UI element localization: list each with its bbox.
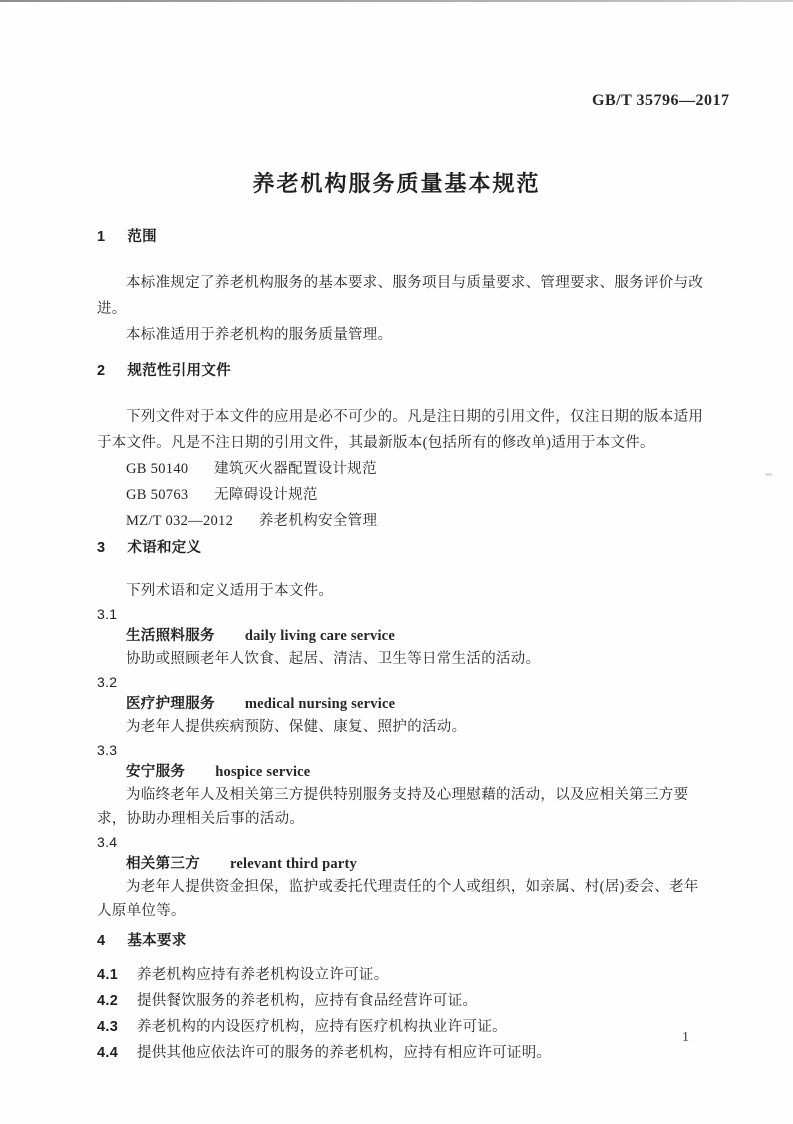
paragraph: 本标准规定了养老机构服务的基本要求、服务项目与质量要求、管理要求、服务评价与改进… (97, 270, 713, 322)
term-definition: 协助或照顾老年人饮食、起居、清洁、卫生等日常生活的活动。 (97, 647, 713, 671)
term-name: 生活照料服务 daily living care service (97, 625, 713, 647)
reference-title: 养老机构安全管理 (259, 513, 377, 529)
section-number: 2 (97, 362, 111, 380)
term-name-zh: 相关第三方 (126, 856, 200, 872)
scan-speck-artifact (765, 473, 772, 476)
reference-code: MZ/T 032—2012 (126, 513, 233, 529)
document-body: 1 范围 本标准规定了养老机构服务的基本要求、服务项目与质量要求、管理要求、服务… (97, 0, 713, 1066)
term-name: 医疗护理服务 medical nursing service (97, 693, 713, 715)
clause-text: 提供餐饮服务的养老机构，应持有食品经营许可证。 (137, 993, 477, 1009)
section-number: 4 (97, 932, 111, 950)
clause-text: 提供其他应依法许可的服务的养老机构，应持有相应许可证明。 (137, 1045, 551, 1061)
clause-list: 4.1 养老机构应持有养老机构设立许可证。 4.2 提供餐饮服务的养老机构，应持… (97, 962, 713, 1066)
clause-text: 养老机构的内设医疗机构，应持有医疗机构执业许可证。 (137, 1019, 507, 1035)
term-name-zh: 生活照料服务 (126, 628, 215, 644)
term-name-zh: 医疗护理服务 (126, 696, 215, 712)
section-heading-terms-definitions: 3 术语和定义 (97, 539, 713, 557)
term-definition: 为临终老年人及相关第三方提供特别服务支持及心理慰藉的活动，以及应相关第三方要求，… (97, 783, 713, 831)
term-entry: 3.1 生活照料服务 daily living care service 协助或… (97, 603, 713, 671)
clause-item: 4.3 养老机构的内设医疗机构，应持有医疗机构执业许可证。 (97, 1014, 713, 1040)
reference-item: GB 50140 建筑灭火器配置设计规范 (97, 456, 713, 482)
section-heading-normative-references: 2 规范性引用文件 (97, 362, 713, 380)
reference-item: GB 50763 无障碍设计规范 (97, 482, 713, 508)
clause-item: 4.4 提供其他应依法许可的服务的养老机构，应持有相应许可证明。 (97, 1040, 713, 1066)
term-name-en: hospice service (215, 764, 310, 780)
term-entry: 3.4 相关第三方 relevant third party 为老年人提供资金担… (97, 831, 713, 923)
term-number: 3.2 (97, 671, 713, 693)
reference-code: GB 50140 (126, 461, 188, 477)
reference-item: MZ/T 032—2012 养老机构安全管理 (97, 508, 713, 534)
clause-number: 4.1 (97, 962, 123, 988)
section-title: 规范性引用文件 (127, 363, 231, 379)
section-title: 基本要求 (127, 933, 186, 949)
term-number: 3.4 (97, 831, 713, 853)
term-entry: 3.3 安宁服务 hospice service 为临终老年人及相关第三方提供特… (97, 739, 713, 831)
clause-item: 4.1 养老机构应持有养老机构设立许可证。 (97, 962, 713, 988)
page-number: 1 (682, 1030, 689, 1046)
term-name-zh: 安宁服务 (126, 764, 185, 780)
clause-text: 养老机构应持有养老机构设立许可证。 (137, 967, 389, 983)
paragraph: 本标准适用于养老机构的服务质量管理。 (97, 322, 713, 348)
term-entry: 3.2 医疗护理服务 medical nursing service 为老年人提… (97, 671, 713, 739)
clause-number: 4.2 (97, 988, 123, 1014)
term-name-en: relevant third party (230, 856, 357, 872)
section-title: 范围 (127, 229, 157, 245)
reference-title: 无障碍设计规范 (214, 487, 318, 503)
clause-number: 4.4 (97, 1040, 123, 1066)
term-definition: 为老年人提供疾病预防、保健、康复、照护的活动。 (97, 715, 713, 739)
term-number: 3.1 (97, 603, 713, 625)
term-definition: 为老年人提供资金担保，监护或委托代理责任的个人或组织，如亲属、村(居)委会、老年… (97, 875, 713, 923)
clause-item: 4.2 提供餐饮服务的养老机构，应持有食品经营许可证。 (97, 988, 713, 1014)
clause-number: 4.3 (97, 1014, 123, 1040)
section-heading-basic-requirements: 4 基本要求 (97, 932, 713, 950)
term-number: 3.3 (97, 739, 713, 761)
section-number: 3 (97, 539, 111, 557)
terms-intro: 下列术语和定义适用于本文件。 (97, 579, 713, 603)
term-name-en: daily living care service (245, 628, 395, 644)
term-name: 相关第三方 relevant third party (97, 853, 713, 875)
section-number: 1 (97, 228, 111, 246)
section-heading-scope: 1 范围 (97, 228, 713, 246)
paragraph: 下列文件对于本文件的应用是必不可少的。凡是注日期的引用文件，仅注日期的版本适用于… (97, 404, 713, 456)
section-title: 术语和定义 (127, 540, 201, 556)
reference-title: 建筑灭火器配置设计规范 (214, 461, 377, 477)
document-page: GB/T 35796—2017 养老机构服务质量基本规范 1 范围 本标准规定了… (0, 0, 793, 1124)
term-name-en: medical nursing service (245, 696, 395, 712)
term-name: 安宁服务 hospice service (97, 761, 713, 783)
reference-code: GB 50763 (126, 487, 188, 503)
